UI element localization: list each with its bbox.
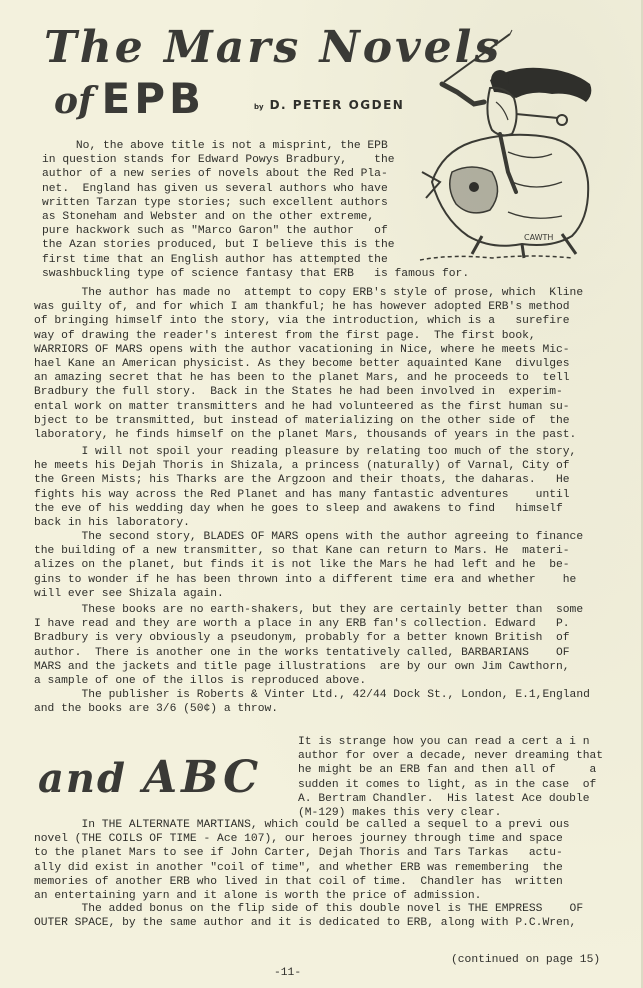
article-paragraph: The added bonus on the flip side of this… bbox=[34, 902, 583, 930]
article-paragraph: In THE ALTERNATE MARTIANS, which could b… bbox=[34, 818, 570, 903]
article-title-of: of bbox=[54, 80, 94, 122]
byline-by: by bbox=[254, 103, 264, 111]
byline-author: D. PETER OGDEN bbox=[270, 98, 405, 112]
svg-text:CAWTH: CAWTH bbox=[524, 233, 553, 242]
continued-note: (continued on page 15) bbox=[451, 953, 600, 967]
article-paragraph: The second story, BLADES OF MARS opens w… bbox=[34, 530, 583, 601]
byline: byD. PETER OGDEN bbox=[254, 98, 404, 112]
article-title-epb: EPB bbox=[102, 74, 206, 123]
article-paragraph: The author has made no attempt to copy E… bbox=[34, 286, 583, 442]
article-paragraph: I will not spoil your reading pleasure b… bbox=[34, 445, 576, 530]
section-heading-abc: ABC bbox=[143, 752, 262, 803]
section-heading: andABC bbox=[38, 752, 262, 803]
article-paragraph: These books are no earth-shakers, but th… bbox=[34, 603, 583, 688]
article-paragraph: No, the above title is not a misprint, t… bbox=[42, 139, 469, 281]
article-title-line2: ofEPB bbox=[54, 74, 205, 123]
section-heading-and: and bbox=[38, 755, 127, 802]
article-intro: It is strange how you can read a cert a … bbox=[298, 735, 603, 820]
article-paragraph: The publisher is Roberts & Vinter Ltd., … bbox=[34, 688, 590, 716]
magazine-page: The Mars Novels ofEPB byD. PETER OGDEN C… bbox=[0, 0, 643, 988]
page-number: -11- bbox=[274, 966, 301, 980]
